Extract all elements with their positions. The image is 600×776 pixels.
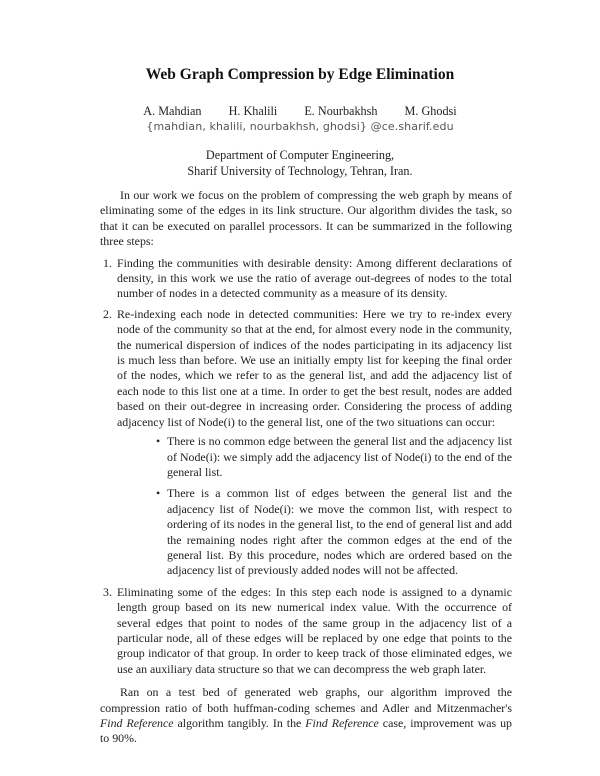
affiliation-department: Department of Computer Engineering, bbox=[0, 147, 600, 163]
steps-list: 1. Finding the communities with desirabl… bbox=[100, 256, 512, 678]
case-item: • There is a common list of edges betwee… bbox=[157, 486, 512, 578]
author-name: M. Ghodsi bbox=[405, 104, 457, 118]
bullet-icon: • bbox=[156, 486, 160, 501]
author-list: A. Mahdian H. Khalili E. Nourbakhsh M. G… bbox=[0, 104, 600, 119]
algorithm-name: Find Reference bbox=[305, 716, 379, 730]
author-name: A. Mahdian bbox=[143, 104, 201, 118]
abstract-body: In our work we focus on the problem of c… bbox=[100, 188, 512, 747]
case-text: There is no common edge between the gene… bbox=[167, 434, 512, 479]
step-item: 3. Eliminating some of the edges: In thi… bbox=[100, 585, 512, 677]
case-item: • There is no common edge between the ge… bbox=[157, 434, 512, 480]
conclusion-text: algorithm tangibly. In the bbox=[174, 716, 306, 730]
intro-paragraph: In our work we focus on the problem of c… bbox=[100, 188, 512, 250]
author-name: E. Nourbakhsh bbox=[304, 104, 377, 118]
case-text: There is a common list of edges between … bbox=[167, 486, 512, 577]
step-text: Re-indexing each node in detected commun… bbox=[117, 307, 512, 429]
paper-title: Web Graph Compression by Edge Eliminatio… bbox=[0, 66, 600, 84]
step-item: 1. Finding the communities with desirabl… bbox=[100, 256, 512, 302]
conclusion-paragraph: Ran on a test bed of generated web graph… bbox=[100, 685, 512, 747]
bullet-icon: • bbox=[156, 434, 160, 449]
step-number: 3. bbox=[103, 585, 112, 600]
step-text: Eliminating some of the edges: In this s… bbox=[117, 585, 512, 676]
cases-list: • There is no common edge between the ge… bbox=[117, 434, 512, 579]
algorithm-name: Find Reference bbox=[100, 716, 174, 730]
paper-page: Web Graph Compression by Edge Eliminatio… bbox=[0, 0, 600, 776]
affiliation: Department of Computer Engineering, Shar… bbox=[0, 147, 600, 179]
author-name: H. Khalili bbox=[229, 104, 278, 118]
affiliation-university: Sharif University of Technology, Tehran,… bbox=[0, 163, 600, 179]
step-item: 2. Re-indexing each node in detected com… bbox=[100, 307, 512, 579]
author-emails: {mahdian, khalili, nourbakhsh, ghodsi} @… bbox=[0, 120, 600, 133]
conclusion-text: Ran on a test bed of generated web graph… bbox=[100, 685, 512, 714]
step-text: Finding the communities with desirable d… bbox=[117, 256, 512, 301]
step-number: 1. bbox=[103, 256, 112, 271]
step-number: 2. bbox=[103, 307, 112, 322]
